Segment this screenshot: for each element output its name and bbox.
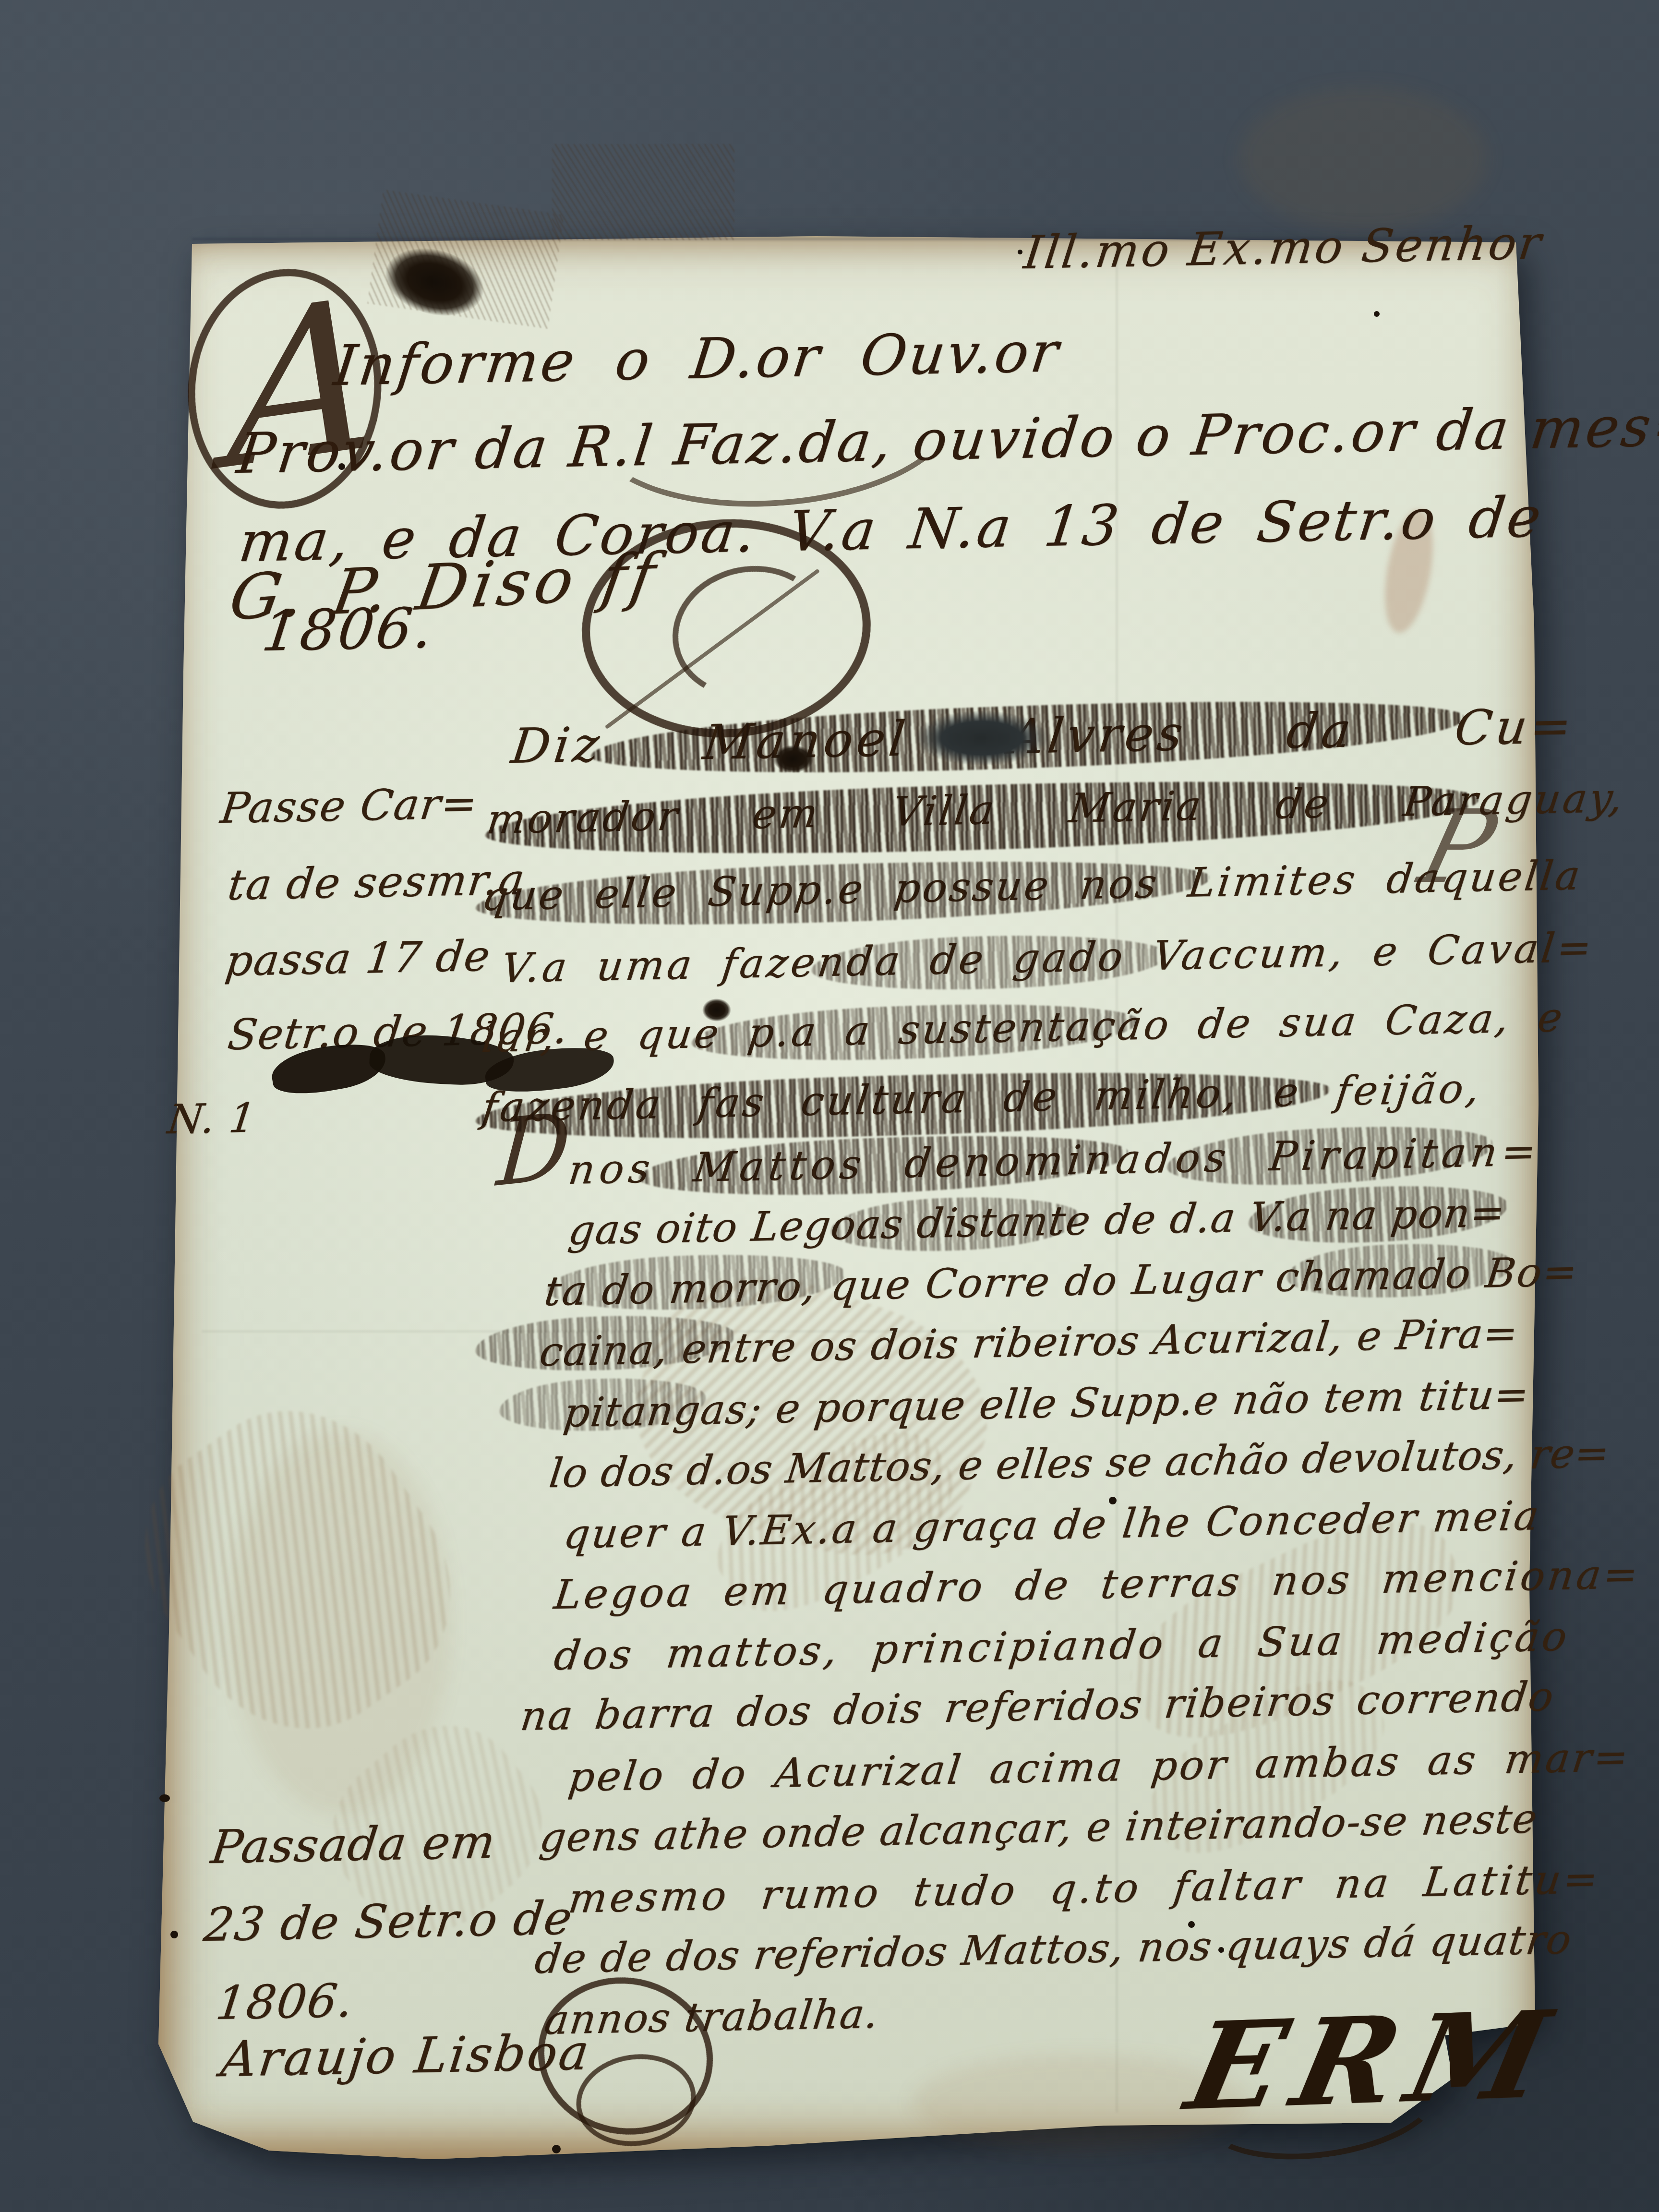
stain	[1238, 86, 1488, 230]
ink-blot	[702, 998, 731, 1022]
ink-dot	[1188, 1921, 1195, 1928]
ink-dot	[1018, 250, 1022, 254]
scratch-marks	[552, 144, 734, 240]
ink-dot	[552, 2145, 561, 2153]
heading-line: Ill.mo Ex.mo Senhor	[1022, 220, 1546, 276]
ink-dot	[1109, 1497, 1117, 1504]
issued-note-line: Passada em	[209, 1819, 498, 1870]
margin-note-line: passa 17 de	[223, 935, 493, 982]
margin-number: N. 1	[166, 1098, 259, 1140]
issued-note-line: 23 de Setr.o de	[202, 1895, 576, 1948]
margin-note-line: Passe Car=	[218, 782, 481, 829]
issued-note-line: 1806.	[214, 1978, 356, 2026]
ink-dot	[170, 1931, 178, 1938]
manuscript-photo: Ill.mo Ex.mo Senhor A Informe o D.or Ouv…	[0, 0, 1659, 2212]
ink-dot	[338, 463, 345, 470]
signature-name: Araujo Lisboa	[218, 2028, 593, 2084]
ink-dot	[1218, 1947, 1224, 1953]
ink-dot	[1374, 311, 1380, 317]
despacho-line: Informe o D.or Ouv.or	[331, 325, 1064, 394]
ink-dot	[159, 1794, 170, 1802]
ink-blot	[914, 710, 1049, 766]
ink-blot	[773, 745, 814, 773]
